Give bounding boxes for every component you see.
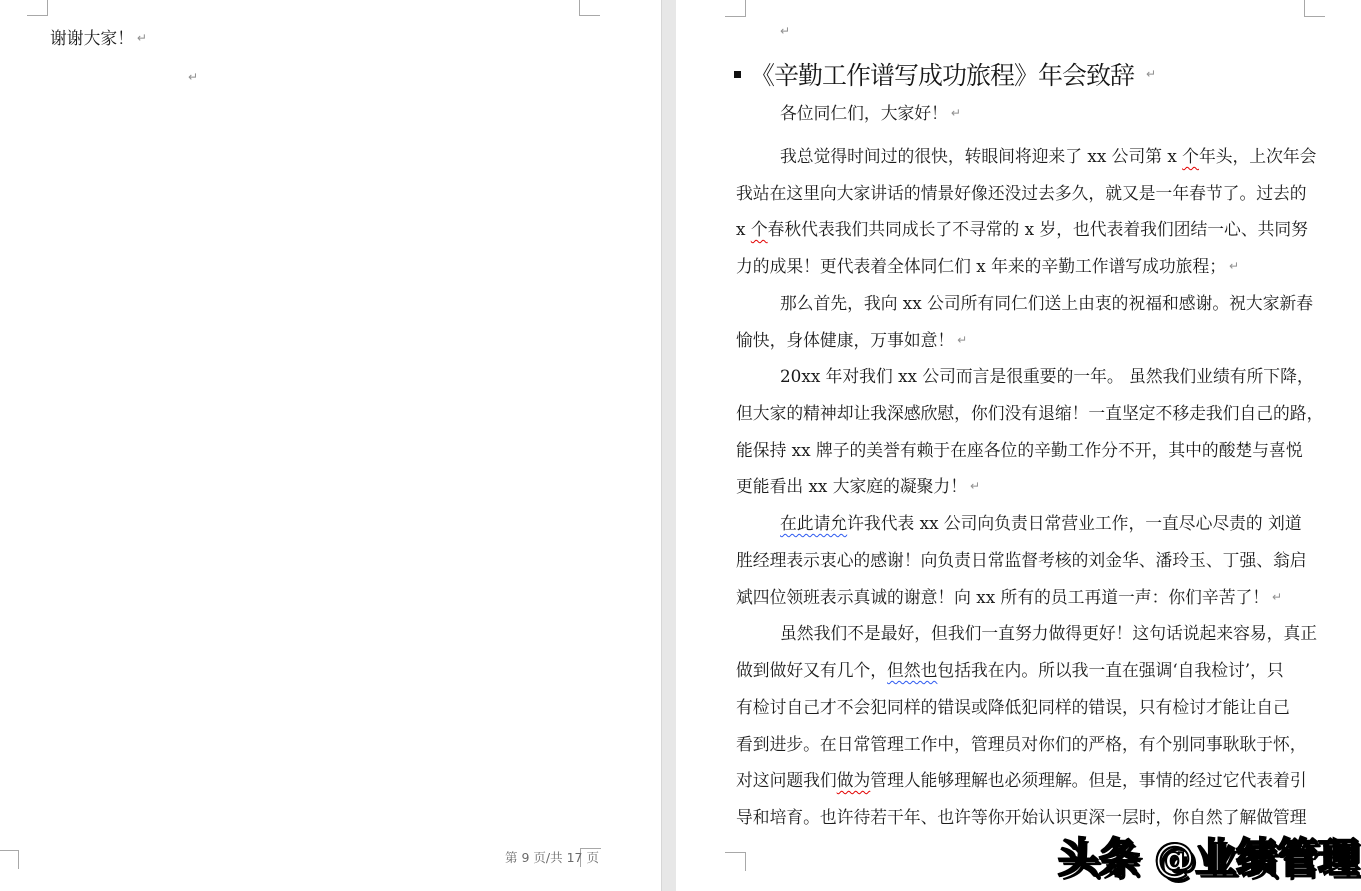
body-text: 管理人能够理解也必须理解。但是，事情的经过它代表着引 bbox=[870, 770, 1306, 790]
body-text: 胜经理表示衷心的感谢！向负责日常监督考核的刘金华、潘玲玉、丁强、翁启 bbox=[736, 550, 1307, 570]
crop-mark-icon bbox=[0, 850, 19, 869]
body-text: 做到做好又有几个， bbox=[736, 660, 887, 680]
body-text: x bbox=[736, 219, 751, 239]
paragraph-return-icon: ↵ bbox=[1146, 67, 1156, 81]
page-right[interactable]: ↵ 《辛勤工作谱写成功旅程》年会致辞 ↵ 各位同仁们，大家好！↵ 我总觉得时间过… bbox=[676, 0, 1361, 891]
body-text: 斌四位领班表示真诚的谢意！向 xx 所有的员工再道一声：你们辛苦了！ bbox=[736, 587, 1269, 607]
body-text: 看到进步。在日常管理工作中，管理员对你们的严格，有个别同事耿耿于怀， bbox=[736, 734, 1307, 754]
left-page-paragraph[interactable]: 谢谢大家！↵ bbox=[50, 25, 147, 49]
body-line[interactable]: 对这问题我们做为管理人能够理解也必须理解。但是，事情的经过它代表着引 bbox=[736, 769, 1307, 791]
paragraph-return-icon: ↵ bbox=[957, 333, 967, 347]
spellcheck-flagged-text: 做为 bbox=[837, 770, 871, 790]
paragraph-return-icon: ↵ bbox=[780, 24, 790, 38]
body-text: 年头，上次年会 bbox=[1199, 146, 1316, 166]
body-line[interactable]: 虽然我们不是最好，但我们一直努力做得更好！这句话说起来容易，真正 bbox=[736, 622, 1317, 644]
body-line[interactable]: 那么首先，我向 xx 公司所有同仁们送上由衷的祝福和感谢。祝大家新春 bbox=[736, 292, 1313, 314]
toutiao-watermark: 头条 @业绩管理 bbox=[1058, 825, 1359, 884]
paragraph-return-icon: ↵ bbox=[951, 106, 961, 120]
body-text: 导和培育。也许待若干年、也许等你开始认识更深一层时，你自然了解做管理 bbox=[736, 807, 1307, 827]
body-text: 包括我在内。所以我一直在强调‘自我检讨’，只 bbox=[937, 660, 1283, 680]
body-text: 20xx 年对我们 xx 公司而言是很重要的一年。 虽然我们业绩有所下降， bbox=[780, 366, 1314, 386]
body-line[interactable]: 斌四位领班表示真诚的谢意！向 xx 所有的员工再道一声：你们辛苦了！↵ bbox=[736, 586, 1282, 608]
left-page-paragraph-text: 谢谢大家！ bbox=[50, 28, 134, 48]
grammar-flagged-text: 但然也 bbox=[887, 660, 937, 680]
body-text: 春秋代表我们共同成长了不寻常的 x 岁，也代表着我们团结一心、共同努 bbox=[768, 219, 1308, 239]
body-line[interactable]: 在此请允许我代表 xx 公司向负责日常营业工作，一直尽心尽责的 刘道 bbox=[736, 512, 1302, 534]
document-heading[interactable]: 《辛勤工作谱写成功旅程》年会致辞 ↵ bbox=[734, 56, 1156, 92]
body-line[interactable]: 看到进步。在日常管理工作中，管理员对你们的严格，有个别同事耿耿于怀， bbox=[736, 733, 1307, 755]
body-text: 有检讨自己才不会犯同样的错误或降低犯同样的错误，只有检讨才能让自己 bbox=[736, 697, 1290, 717]
crop-mark-icon bbox=[27, 0, 48, 16]
body-line[interactable]: 做到做好又有几个，但然也包括我在内。所以我一直在强调‘自我检讨’，只 bbox=[736, 659, 1284, 681]
body-line[interactable]: 力的成果！更代表着全体同仁们 x 年来的辛勤工作谱写成功旅程；↵ bbox=[736, 255, 1239, 277]
paragraph-return-icon: ↵ bbox=[137, 31, 147, 45]
grammar-flagged-text: 在此请允 bbox=[780, 513, 847, 533]
crop-mark-icon bbox=[725, 852, 746, 871]
body-line[interactable]: 我总觉得时间过的很快，转眼间将迎来了 xx 公司第 x 个年头，上次年会 bbox=[736, 145, 1316, 167]
body-line[interactable]: 胜经理表示衷心的感谢！向负责日常监督考核的刘金华、潘玲玉、丁强、翁启 bbox=[736, 549, 1307, 571]
greeting-line[interactable]: 各位同仁们，大家好！↵ bbox=[780, 100, 961, 124]
body-line[interactable]: 愉快，身体健康，万事如意！↵ bbox=[736, 329, 967, 351]
paragraph-return-icon: ↵ bbox=[188, 70, 198, 84]
body-text: 许我代表 xx 公司向负责日常营业工作，一直尽心尽责的 刘道 bbox=[847, 513, 1301, 533]
body-line[interactable]: 我站在这里向大家讲话的情景好像还没过去多久，就又是一年春节了。过去的 bbox=[736, 182, 1307, 204]
heading-text: 《辛勤工作谱写成功旅程》年会致辞 bbox=[750, 56, 1134, 92]
heading-outline-bullet-icon bbox=[734, 71, 741, 78]
body-line[interactable]: 能保持 xx 牌子的美誉有赖于在座各位的辛勤工作分不开，其中的酸楚与喜悦 bbox=[736, 439, 1303, 461]
body-text: 力的成果！更代表着全体同仁们 x 年来的辛勤工作谱写成功旅程； bbox=[736, 256, 1226, 276]
paragraph-return-icon: ↵ bbox=[970, 479, 980, 493]
crop-mark-icon bbox=[1304, 0, 1325, 17]
body-line[interactable]: 有检讨自己才不会犯同样的错误或降低犯同样的错误，只有检讨才能让自己 bbox=[736, 696, 1290, 718]
body-line[interactable]: 更能看出 xx 大家庭的凝聚力！↵ bbox=[736, 475, 980, 497]
page-left[interactable]: 谢谢大家！↵ ↵ 第 9 页/共 17 页 bbox=[0, 0, 661, 891]
page-number-footer: 第 9 页/共 17 页 bbox=[505, 848, 599, 866]
crop-mark-icon bbox=[725, 0, 746, 17]
body-text: 我站在这里向大家讲话的情景好像还没过去多久，就又是一年春节了。过去的 bbox=[736, 183, 1307, 203]
spellcheck-flagged-text: 个 bbox=[751, 219, 768, 239]
body-text: 愉快，身体健康，万事如意！ bbox=[736, 330, 954, 350]
body-line[interactable]: 但大家的精神却让我深感欣慰，你们没有退缩！一直坚定不移走我们自己的路， bbox=[736, 402, 1323, 424]
crop-mark-icon bbox=[579, 0, 600, 16]
document-view: 谢谢大家！↵ ↵ 第 9 页/共 17 页 ↵ 《辛勤工作谱写成功旅程》年会致辞… bbox=[0, 0, 1361, 891]
body-text: 但大家的精神却让我深感欣慰，你们没有退缩！一直坚定不移走我们自己的路， bbox=[736, 403, 1323, 423]
body-line[interactable]: x 个春秋代表我们共同成长了不寻常的 x 岁，也代表着我们团结一心、共同努 bbox=[736, 218, 1308, 240]
spellcheck-flagged-text: 个 bbox=[1182, 146, 1199, 166]
greeting-text: 各位同仁们，大家好！ bbox=[780, 103, 948, 123]
paragraph-return-icon: ↵ bbox=[1272, 590, 1282, 604]
body-text: 我总觉得时间过的很快，转眼间将迎来了 xx 公司第 x bbox=[780, 146, 1182, 166]
body-text: 能保持 xx 牌子的美誉有赖于在座各位的辛勤工作分不开，其中的酸楚与喜悦 bbox=[736, 440, 1303, 460]
body-text: 虽然我们不是最好，但我们一直努力做得更好！这句话说起来容易，真正 bbox=[780, 623, 1317, 643]
body-text: 对这问题我们 bbox=[736, 770, 837, 790]
body-line[interactable]: 20xx 年对我们 xx 公司而言是很重要的一年。 虽然我们业绩有所下降， bbox=[736, 365, 1314, 387]
paragraph-return-icon: ↵ bbox=[1229, 259, 1239, 273]
body-text: 更能看出 xx 大家庭的凝聚力！ bbox=[736, 476, 967, 496]
body-text: 那么首先，我向 xx 公司所有同仁们送上由衷的祝福和感谢。祝大家新春 bbox=[780, 293, 1313, 313]
